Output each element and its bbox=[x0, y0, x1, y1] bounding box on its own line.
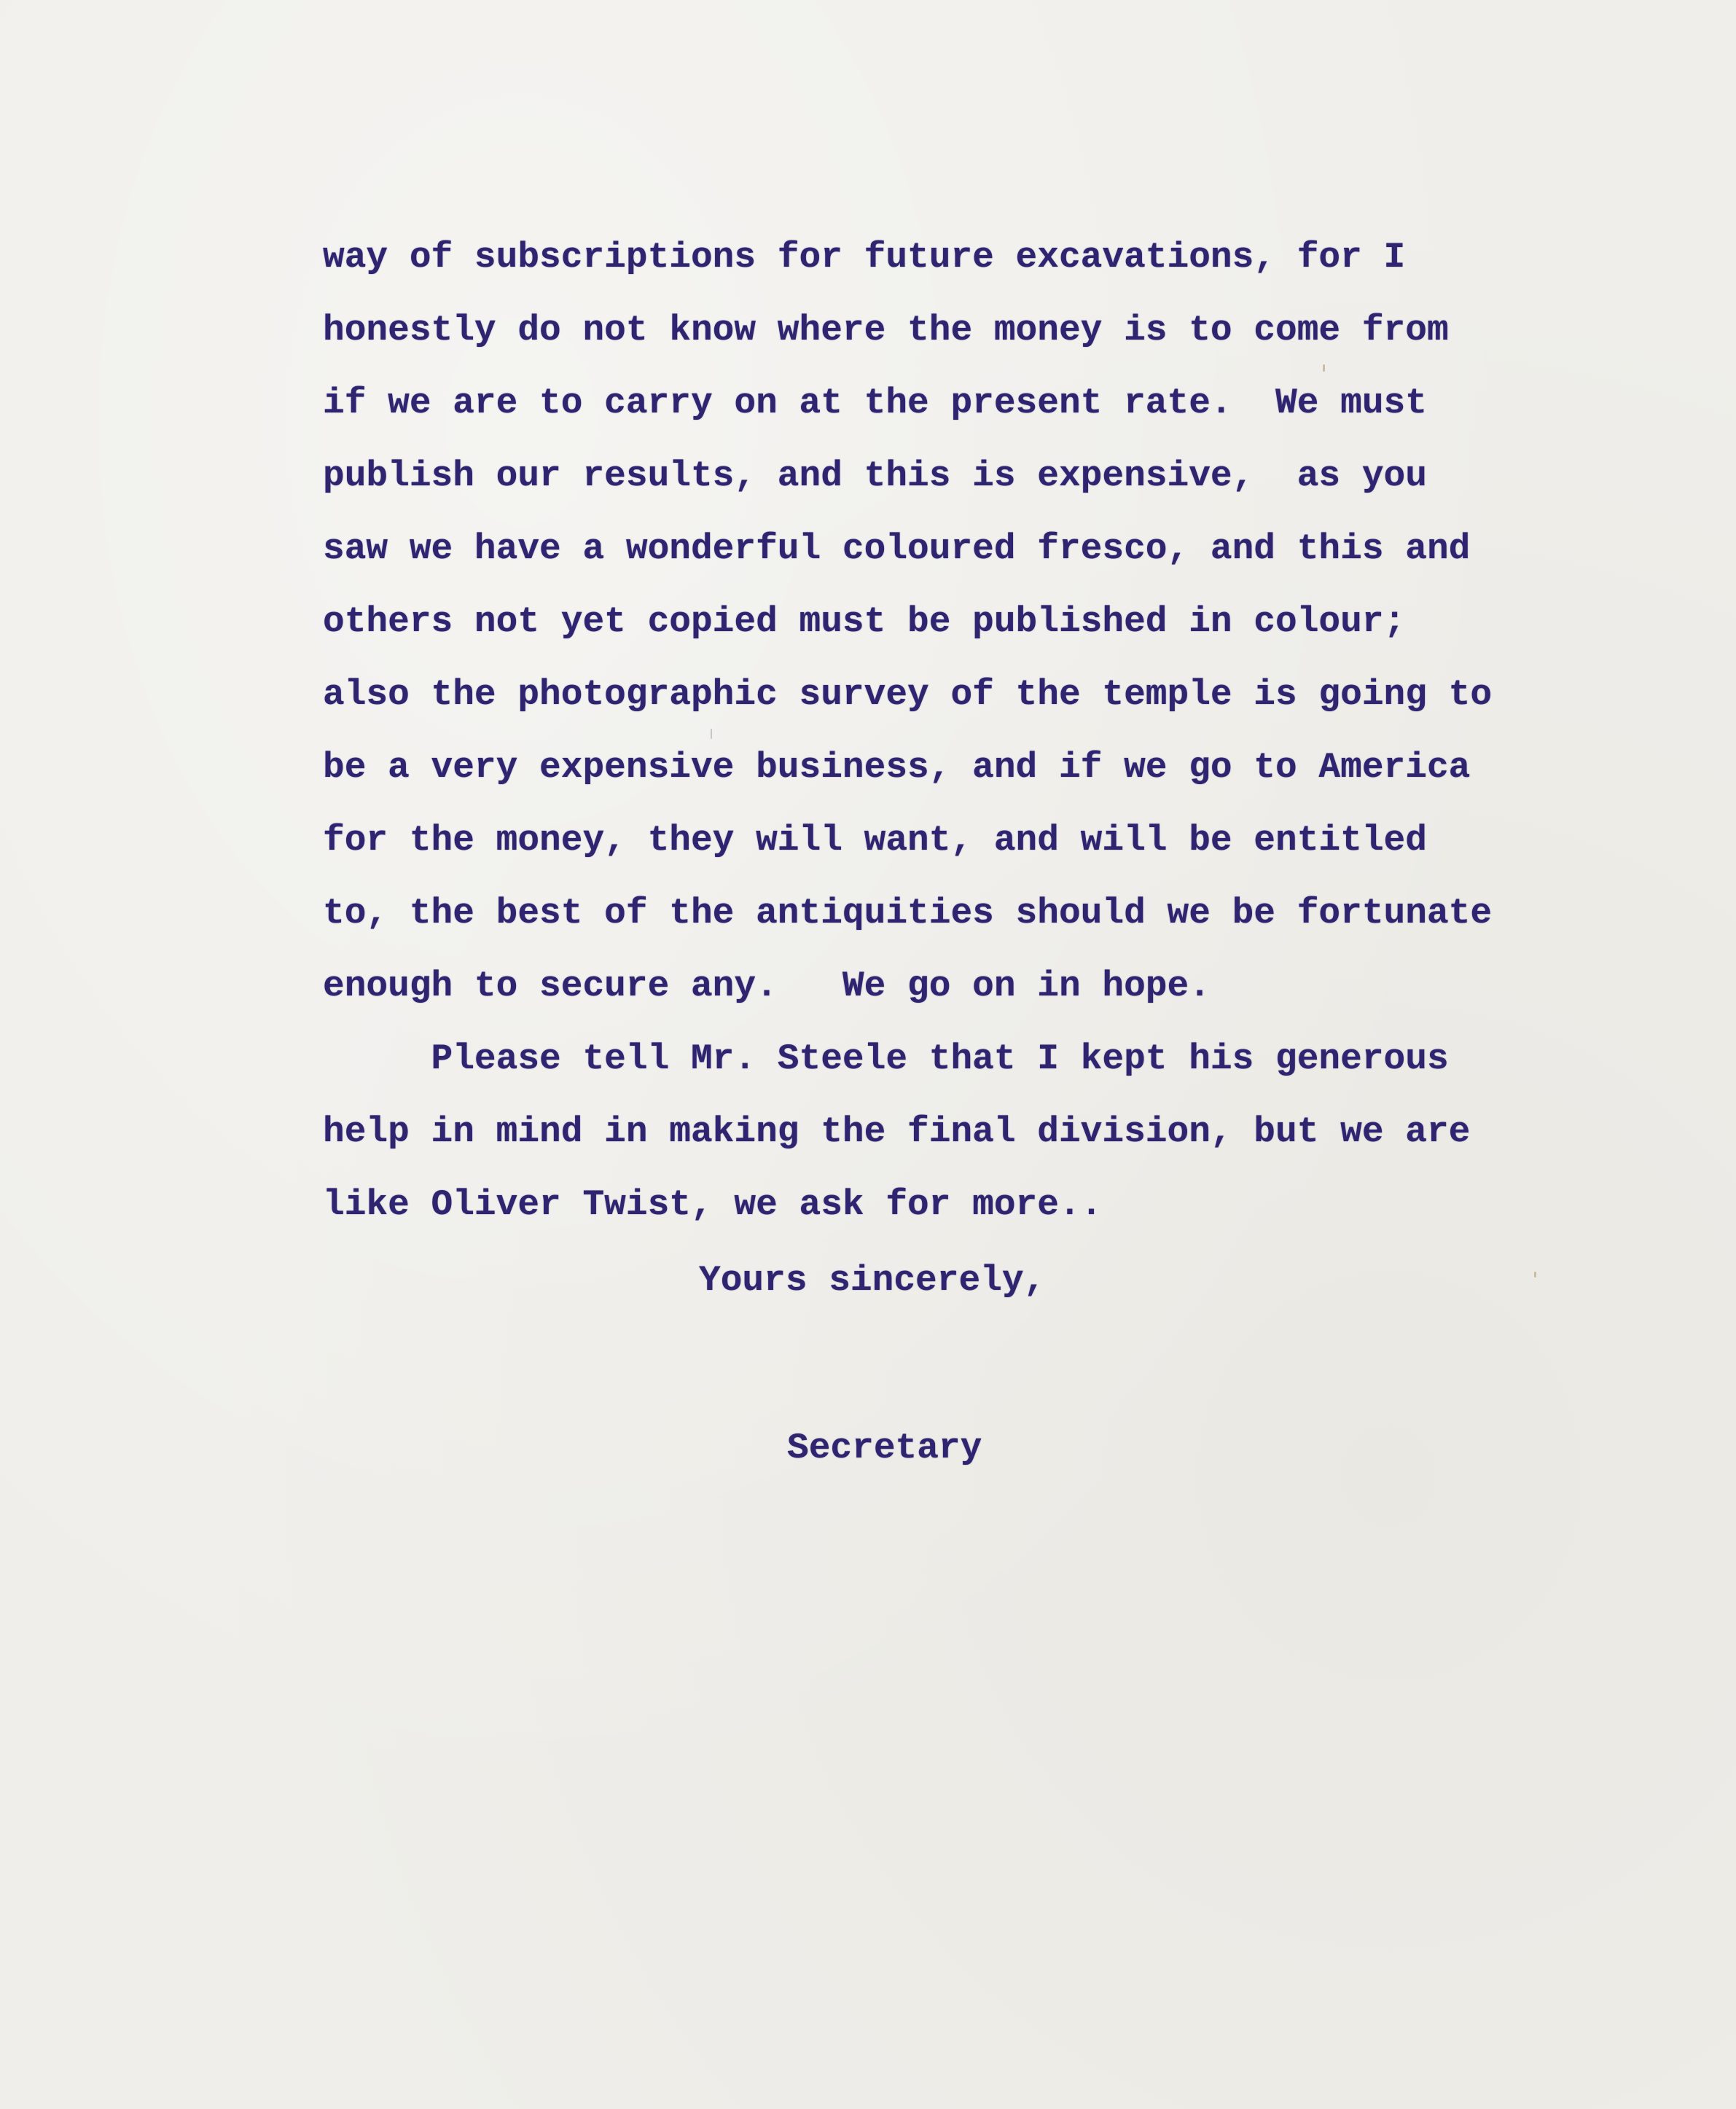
body-line: to, the best of the antiquities should w… bbox=[323, 891, 1492, 935]
body-line: enough to secure any. We go on in hope. bbox=[323, 964, 1211, 1008]
body-line: others not yet copied must be published … bbox=[323, 600, 1405, 643]
body-line: way of subscriptions for future excavati… bbox=[323, 235, 1405, 279]
body-line: saw we have a wonderful coloured fresco,… bbox=[323, 527, 1470, 571]
body-line: be a very expensive business, and if we … bbox=[323, 746, 1470, 789]
body-line: for the money, they will want, and will … bbox=[323, 818, 1427, 862]
body-line: like Oliver Twist, we ask for more.. bbox=[323, 1183, 1102, 1226]
body-line: honestly do not know where the money is … bbox=[323, 308, 1449, 352]
body-line: help in mind in making the final divisio… bbox=[323, 1110, 1470, 1154]
body-line: also the photographic survey of the temp… bbox=[323, 673, 1492, 716]
letter-page: way of subscriptions for future excavati… bbox=[0, 0, 1736, 2109]
paragraph-start-line: Please tell Mr. Steele that I kept his g… bbox=[323, 1037, 1449, 1081]
body-line: publish our results, and this is expensi… bbox=[323, 454, 1427, 498]
closing-salutation: Yours sincerely, bbox=[699, 1259, 1045, 1302]
signature-title: Secretary bbox=[787, 1426, 982, 1470]
body-line: if we are to carry on at the present rat… bbox=[323, 381, 1427, 425]
paper-speck bbox=[711, 729, 712, 739]
paper-speck bbox=[1323, 364, 1325, 372]
paper-speck bbox=[1534, 1272, 1536, 1277]
